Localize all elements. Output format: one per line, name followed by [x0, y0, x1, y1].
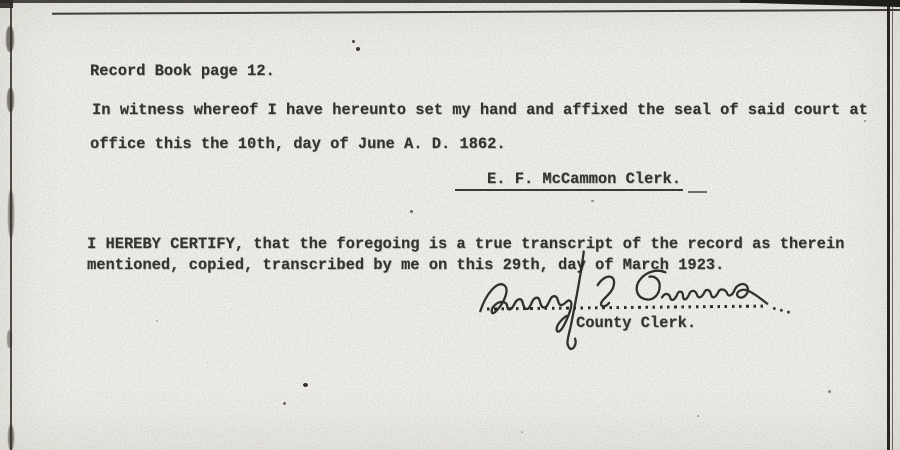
witness-paragraph-line1: In witness whereof I have hereunto set m…: [92, 101, 868, 119]
scan-right-border-line-double: [892, 6, 894, 450]
scan-edge-blot: [6, 26, 14, 52]
handwritten-signature: [469, 236, 812, 360]
clerk-attestation-name: E. F. McCammon Clerk.: [487, 170, 681, 188]
paper-speck: [283, 402, 286, 405]
witness-paragraph-line2: office this the 10th, day of June A. D. …: [90, 135, 506, 153]
signature-title: County Clerk.: [576, 314, 696, 332]
attestation-underline-dash: [688, 191, 707, 193]
scan-corner-mark: [0, 0, 13, 8]
scan-edge-blot: [8, 425, 14, 450]
record-book-line: Record Book page 12.: [90, 62, 275, 80]
paper-speck: [828, 390, 831, 393]
scanned-document-page: Record Book page 12. In witness whereof …: [0, 0, 900, 450]
paper-speck: [303, 383, 308, 387]
paper-speck: [352, 40, 355, 43]
paper-speck: [410, 210, 413, 213]
scan-inner-top-rule: [52, 9, 900, 15]
paper-speck: [356, 47, 360, 51]
paper-speck: [864, 120, 866, 122]
paper-speck: [591, 200, 594, 202]
paper-speck: [156, 320, 158, 322]
scan-edge-blot: [7, 330, 12, 348]
scan-right-border-line: [887, 6, 890, 450]
scan-edge-blot: [8, 190, 14, 238]
scan-top-border-thick-segment: [740, 0, 900, 7]
paper-speck: [697, 415, 699, 417]
scan-edge-blot: [7, 88, 14, 112]
paper-speck: [521, 431, 523, 433]
attestation-underline: [455, 189, 683, 191]
